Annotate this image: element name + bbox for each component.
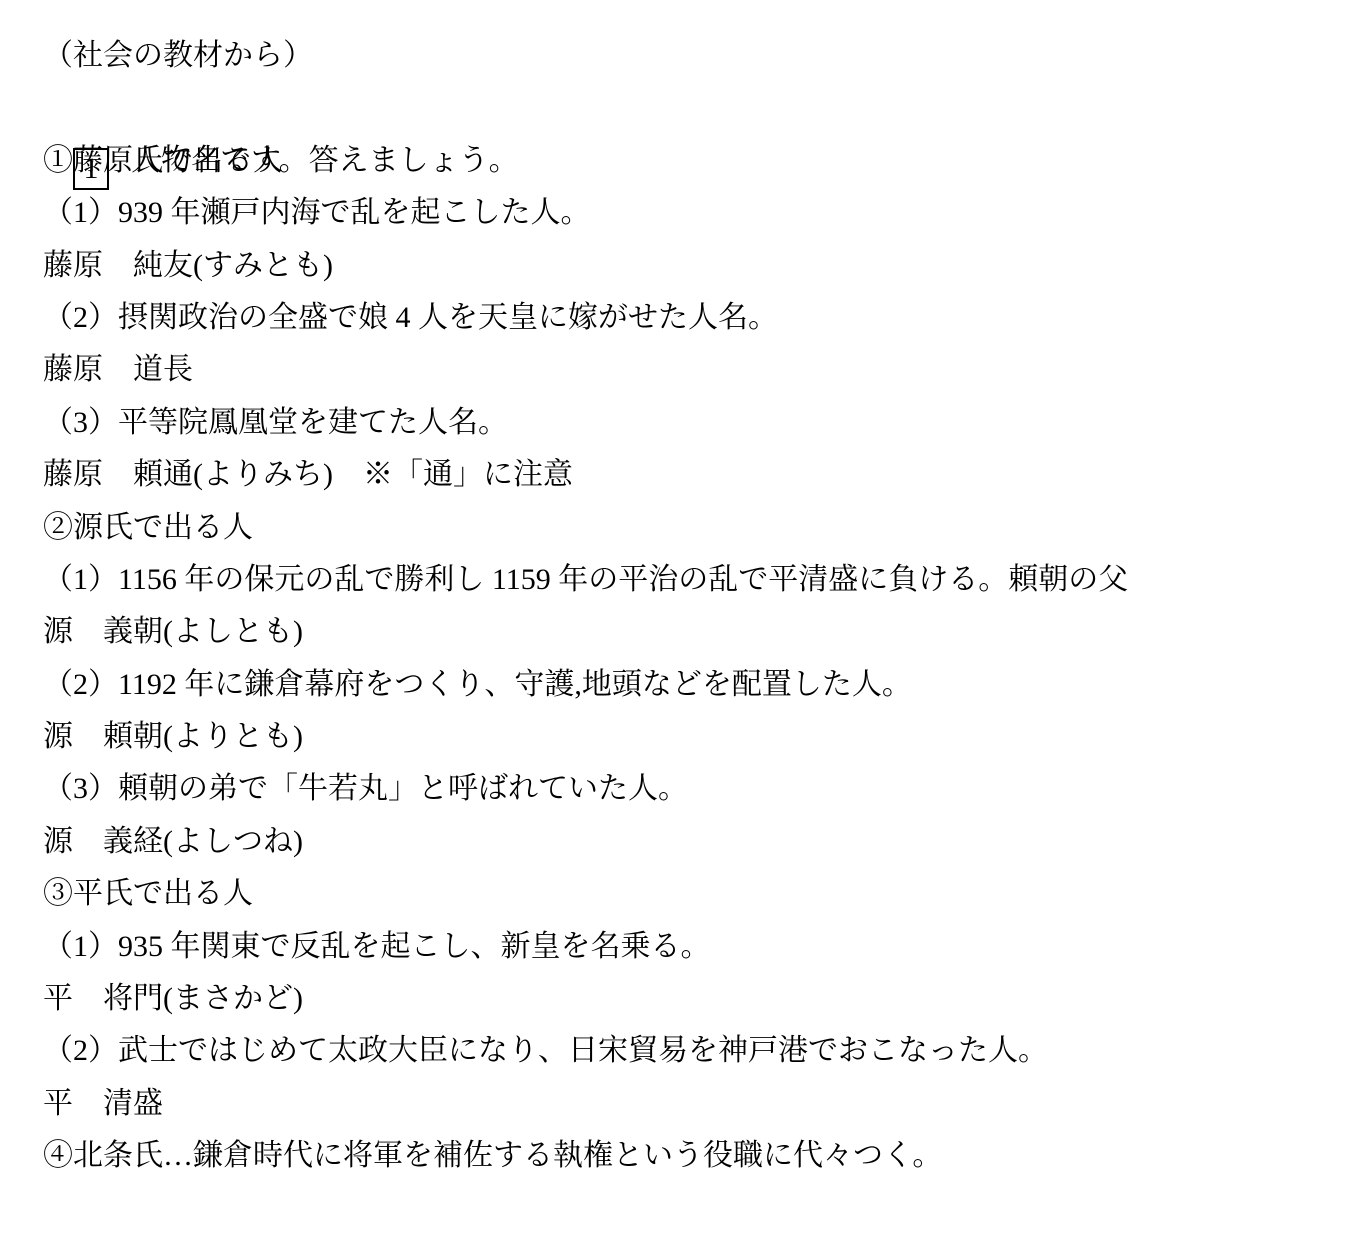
section-1-answer-3: 藤原 頼通(よりみち) ※「通」に注意 bbox=[43, 449, 1342, 501]
worksheet-page: （社会の教材から） 1人物名です。答えましょう。 ①藤原氏で出る人 （1）939… bbox=[0, 0, 1362, 1246]
section-1-question-2: （2）摂関政治の全盛で娘 4 人を天皇に嫁がせた人名。 bbox=[43, 292, 1342, 344]
section-1-heading: ①藤原氏で出る人 bbox=[43, 135, 1342, 187]
section-1-question-1: （1）939 年瀬戸内海で乱を起こした人。 bbox=[43, 187, 1342, 239]
section-2-question-2: （2）1192 年に鎌倉幕府をつくり、守護,地頭などを配置した人。 bbox=[43, 659, 1342, 711]
section-2-answer-3: 源 義経(よしつね) bbox=[43, 816, 1342, 868]
section-1-answer-1: 藤原 純友(すみとも) bbox=[43, 240, 1342, 292]
section-4-heading: ④北条氏…鎌倉時代に将軍を補佐する執権という役職に代々つく。 bbox=[43, 1130, 1342, 1182]
section-2-answer-2: 源 頼朝(よりとも) bbox=[43, 711, 1342, 763]
section-1-question-3: （3）平等院鳳凰堂を建てた人名。 bbox=[43, 397, 1342, 449]
section-3-question-1: （1）935 年関東で反乱を起こし、新皇を名乗る。 bbox=[43, 921, 1342, 973]
section-2-answer-1: 源 義朝(よしとも) bbox=[43, 606, 1342, 658]
section-2-question-3: （3）頼朝の弟で「牛若丸」と呼ばれていた人。 bbox=[43, 763, 1342, 815]
section-2-question-1: （1）1156 年の保元の乱で勝利し 1159 年の平治の乱で平清盛に負ける。頼… bbox=[43, 554, 1342, 606]
section-3-heading: ③平氏で出る人 bbox=[43, 868, 1342, 920]
section-3-answer-1: 平 将門(まさかど) bbox=[43, 973, 1342, 1025]
section-1-answer-2: 藤原 道長 bbox=[43, 344, 1342, 396]
problem-heading: 1人物名です。答えましょう。 bbox=[43, 82, 1342, 134]
section-2-heading: ②源氏で出る人 bbox=[43, 502, 1342, 554]
source-note: （社会の教材から） bbox=[43, 30, 1342, 82]
section-3-question-2: （2）武士ではじめて太政大臣になり、日宋貿易を神戸港でおこなった人。 bbox=[43, 1025, 1342, 1077]
section-3-answer-2: 平 清盛 bbox=[43, 1078, 1342, 1130]
